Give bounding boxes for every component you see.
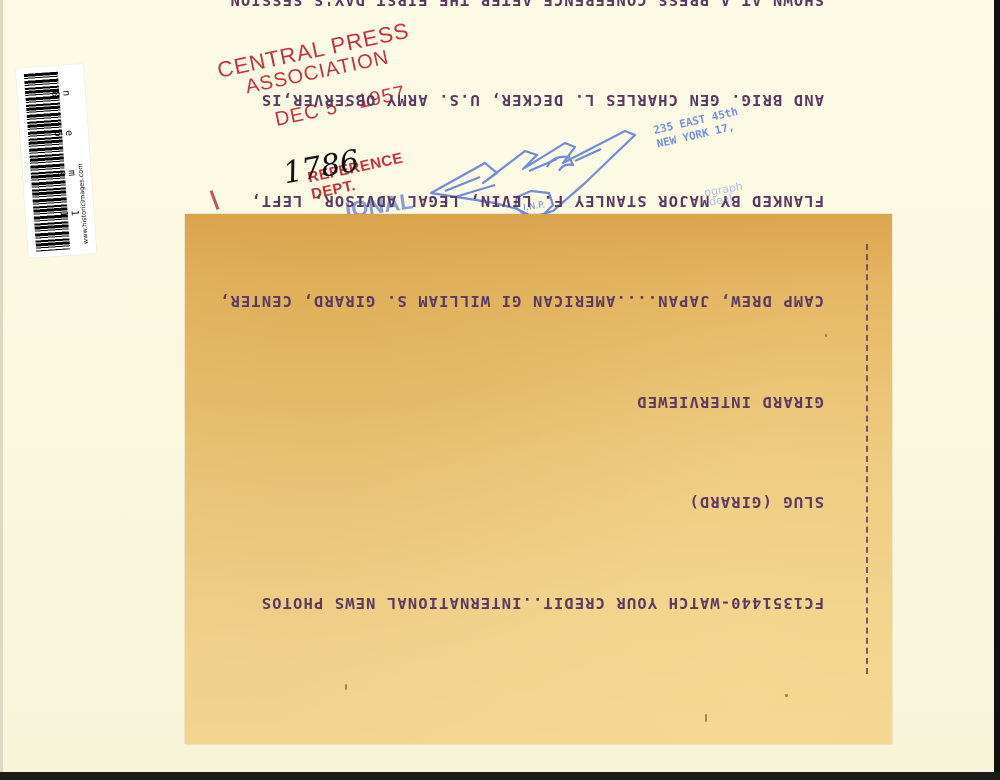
scan-bottom-edge [0, 772, 1000, 780]
caption-lines: FC1351440-WATCH YOUR CREDIT..INTERNATION… [224, 0, 824, 686]
caption-line-credit: FC1351440-WATCH YOUR CREDIT..INTERNATION… [224, 586, 824, 620]
barcode-label: n e m 1 8 6 8 1 www.historicimages.com [15, 64, 96, 258]
caption-line-slug: SLUG (GIRARD) [224, 485, 824, 519]
caption-line-body: AND BRIG. GEN CHARLES L. DECKER, U.S. AR… [224, 83, 824, 117]
red-ink-mark [210, 190, 220, 210]
caption-line-body: CAMP DREW, JAPAN....AMERICAN GI WILLIAM … [224, 284, 824, 318]
paper-edge [0, 0, 3, 772]
caption-text-block: FC1351440-WATCH YOUR CREDIT..INTERNATION… [185, 214, 892, 744]
caption-clipping: FC1351440-WATCH YOUR CREDIT..INTERNATION… [185, 214, 892, 744]
caption-line-headline: GIRARD INTERVIEWED [224, 385, 824, 419]
caption-line-body: FLANKED BY MAJOR STANLEY F. LEVIN, LEGAL… [224, 184, 824, 218]
photo-back-page: n e m 1 8 6 8 1 www.historicimages.com C… [0, 0, 1000, 772]
caption-line-body: SHOWN AT A PRESS CONFERENCE AFTER THE FI… [224, 0, 824, 16]
